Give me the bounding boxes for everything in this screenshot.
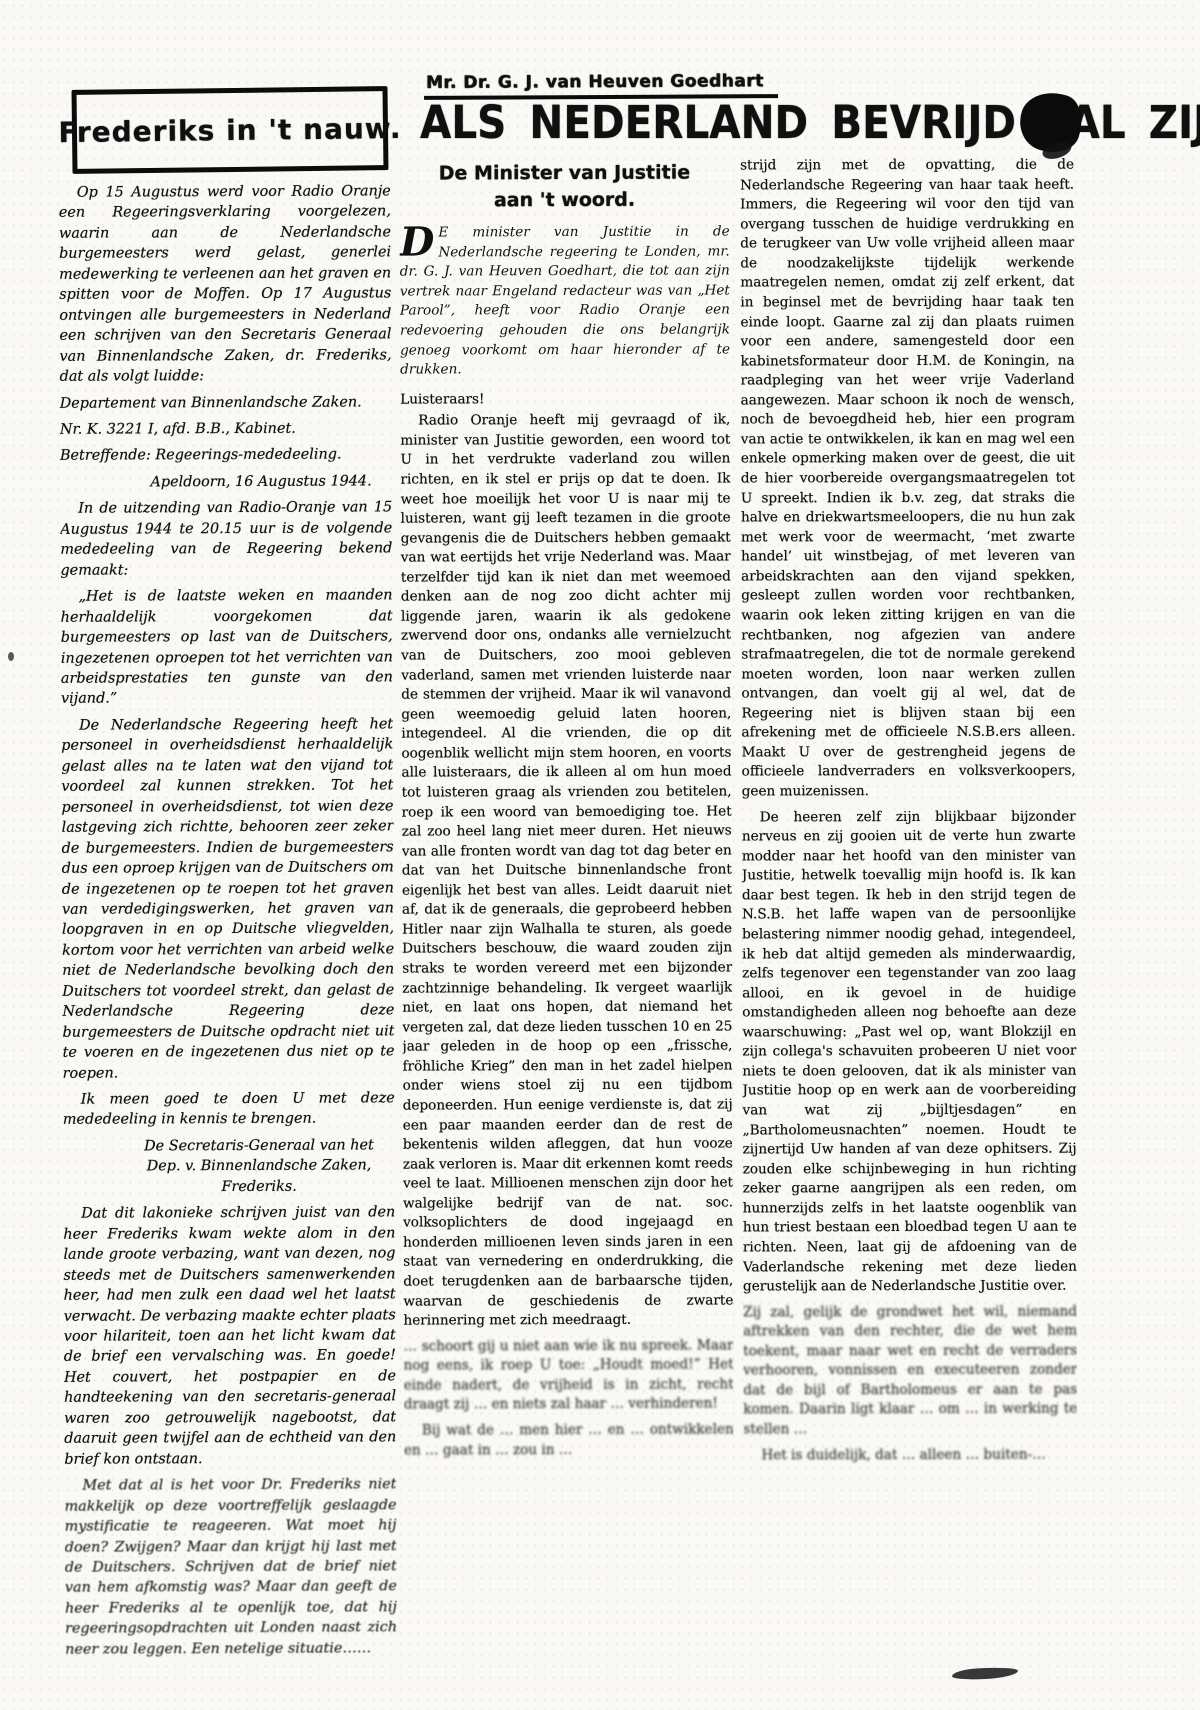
- paragraph: De Secretaris-Generaal van het Dep. v. B…: [63, 1135, 395, 1198]
- center-article-subhead: De Minister van Justitie aan 't woord.: [399, 159, 729, 213]
- paragraph: Op 15 Augustus werd voor Radio Oranje ee…: [59, 181, 392, 387]
- paragraph: Betreffende: Regeerings-mededeeling.: [60, 445, 392, 467]
- paragraph: Dat dit lakonieke schrijven juist van de…: [63, 1203, 396, 1470]
- paragraph: De Nederlandsche Regeering heeft het per…: [61, 714, 395, 1084]
- lede-paragraph: DE minister van Justitie in de Nederland…: [400, 223, 731, 381]
- paragraph: Het is duidelijk, dat … alleen … buiten-…: [743, 1445, 1077, 1465]
- newspaper-page: Frederiks in 't nauw. Mr. Dr. G. J. van …: [0, 0, 1200, 1710]
- paragraph: … schoort gij u niet aan wie ik nu spree…: [403, 1336, 733, 1415]
- paragraph: strijd zijn met de opvatting, die de Ned…: [740, 156, 1076, 802]
- lede-text: E minister van Justitie in de Nederlands…: [400, 224, 730, 378]
- paragraph: Apeldoorn, 16 Augustus 1944.: [60, 471, 392, 493]
- bottom-ink-smudge: [952, 1666, 1018, 1680]
- paragraph: Radio Oranje heeft mij gevraagd of ik, m…: [400, 411, 733, 1332]
- left-article-title: Frederiks in 't nauw.: [58, 111, 401, 148]
- left-article-headline-box: Frederiks in 't nauw.: [71, 86, 388, 174]
- paragraph: Nr. K. 3221 I, afd. B.B., Kabinet.: [60, 418, 392, 440]
- main-headline: ALS NEDERLAND BEVRIJD ZAL ZIJN: [420, 100, 1050, 145]
- right-article-body: strijd zijn met de opvatting, die de Ned…: [740, 156, 1078, 1663]
- paragraph: Met dat al is het voor Dr. Frederiks nie…: [64, 1474, 397, 1660]
- subhead-line-1: De Minister van Justitie: [399, 159, 729, 187]
- paragraph: Bij wat de … men hier … en … ontwikkelen…: [404, 1420, 734, 1460]
- center-article-body: De Minister van Justitie aan 't woord. D…: [399, 155, 734, 1662]
- paragraph: Departement van Binnenlandsche Zaken.: [60, 392, 392, 414]
- center-article-paragraphs: Radio Oranje heeft mij gevraagd of ik, m…: [400, 411, 734, 1461]
- salutation: Luisteraars!: [400, 389, 730, 410]
- drop-cap: D: [400, 224, 439, 260]
- paragraph: Ik meen goed te doen U met deze mededeel…: [63, 1088, 395, 1130]
- paragraph: Zij zal, gelijk de grondwet het wil, nie…: [743, 1302, 1077, 1440]
- left-article-body: Op 15 Augustus werd voor Radio Oranje ee…: [59, 181, 397, 1670]
- paragraph: De heeren zelf zijn blijkbaar bijzonder …: [742, 807, 1077, 1297]
- paragraph: In de uitzending van Radio-Oranje van 15…: [60, 498, 392, 581]
- subhead-line-2: aan 't woord.: [399, 186, 729, 214]
- paragraph: „Het is de laatste weken en maanden herh…: [61, 585, 394, 709]
- stray-ink-dot: [8, 652, 14, 661]
